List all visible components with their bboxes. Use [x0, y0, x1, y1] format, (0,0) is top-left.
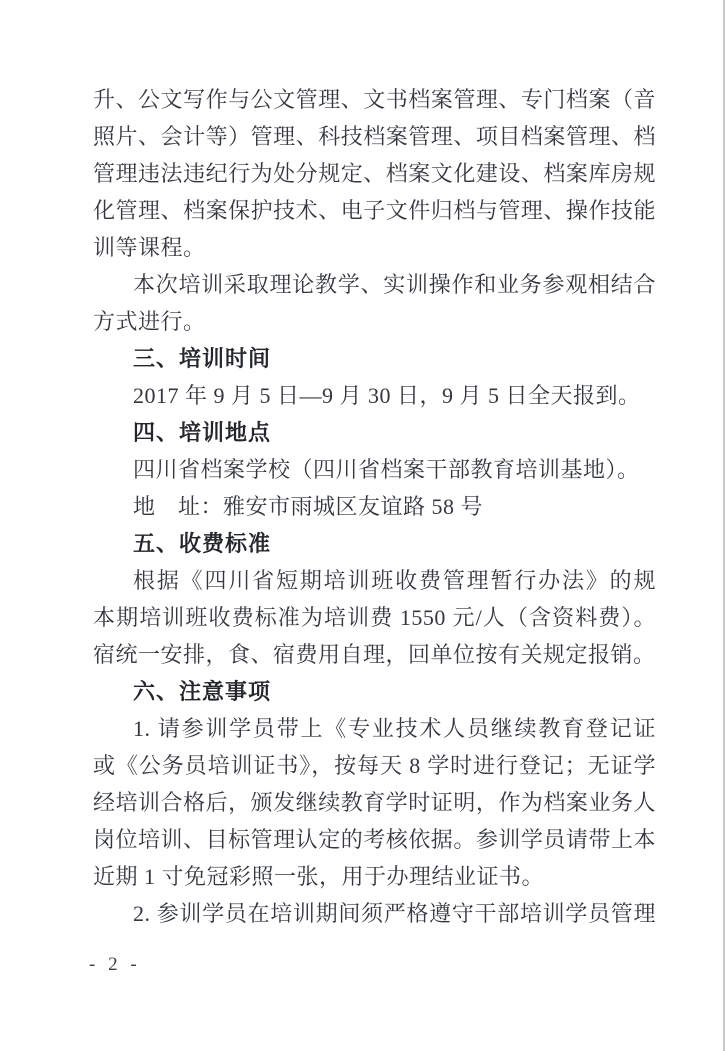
- page-number: - 2 -: [89, 951, 141, 979]
- body-line: 方式进行。: [93, 303, 656, 340]
- body-line-training-dates: 2017 年 9 月 5 日—9 月 30 日，9 月 5 日全天报到。: [93, 377, 656, 414]
- body-line: 近期 1 寸免冠彩照一张，用于办理结业证书。: [93, 858, 656, 895]
- body-line-fee-amount: 本期培训班收费标准为培训费 1550 元/人（含资料费）。住: [93, 599, 656, 636]
- body-line-address: 地 址：雅安市雨城区友谊路 58 号: [93, 488, 656, 525]
- body-line: 升、公文写作与公文管理、文书档案管理、专门档案（音像、: [93, 81, 656, 118]
- body-line-note-1: 1. 请参训学员带上《专业技术人员继续教育登记证书》: [93, 710, 656, 747]
- body-line: 管理违法违纪行为处分规定、档案文化建设、档案库房规范: [93, 155, 656, 192]
- heading-fee-standard: 五、收费标准: [93, 525, 656, 562]
- body-line-location-name: 四川省档案学校（四川省档案干部教育培训基地）。: [93, 451, 656, 488]
- body-line: 化管理、档案保护技术、电子文件归档与管理、操作技能实: [93, 192, 656, 229]
- heading-training-time: 三、培训时间: [93, 340, 656, 377]
- scan-edge-line: [723, 0, 725, 1051]
- body-line-note-2: 2. 参训学员在培训期间须严格遵守干部培训学员管理: [93, 895, 656, 932]
- heading-training-location: 四、培训地点: [93, 414, 656, 451]
- body-line: 训等课程。: [93, 229, 656, 266]
- body-line: 宿统一安排，食、宿费用自理，回单位按有关规定报销。: [93, 636, 656, 673]
- body-line: 经培训合格后，颁发继续教育学时证明，作为档案业务人员: [93, 784, 656, 821]
- heading-notes: 六、注意事项: [93, 673, 656, 710]
- document-page: 升、公文写作与公文管理、文书档案管理、专门档案（音像、 照片、会计等）管理、科技…: [0, 0, 726, 1051]
- body-line: 根据《四川省短期培训班收费管理暂行办法》的规定，: [93, 562, 656, 599]
- document-body: 升、公文写作与公文管理、文书档案管理、专门档案（音像、 照片、会计等）管理、科技…: [93, 81, 656, 932]
- body-line: 或《公务员培训证书》，按每天 8 学时进行登记；无证学员: [93, 747, 656, 784]
- body-line: 岗位培训、目标管理认定的考核依据。参训学员请带上本人: [93, 821, 656, 858]
- body-line: 本次培训采取理论教学、实训操作和业务参观相结合的: [93, 266, 656, 303]
- body-line: 照片、会计等）管理、科技档案管理、项目档案管理、档案: [93, 118, 656, 155]
